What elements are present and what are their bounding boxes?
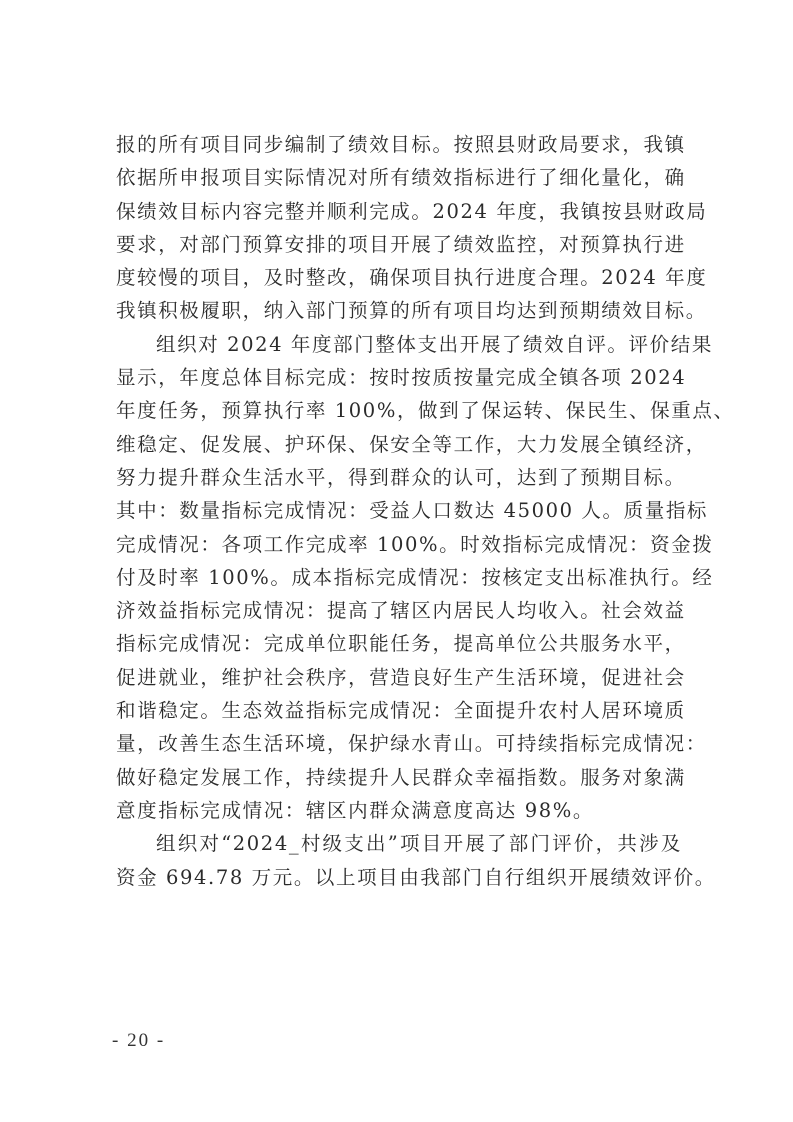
text-line: 年度任务，预算执行率 100%，做到了保运转、保民生、保重点、 <box>116 394 682 427</box>
text-line: 指标完成情况：完成单位职能任务，提高单位公共服务水平， <box>116 627 682 660</box>
text-line: 维稳定、促发展、护环保、保安全等工作，大力发展全镇经济， <box>116 428 682 461</box>
text-line: 意度指标完成情况：辖区内群众满意度高达 98%。 <box>116 794 682 827</box>
text-line: 其中：数量指标完成情况：受益人口数达 45000 人。质量指标 <box>116 494 682 527</box>
text-line-indented: 组织对 2024 年度部门整体支出开展了绩效自评。评价结果 <box>116 328 682 361</box>
page-number: - 20 - <box>112 1030 165 1052</box>
text-line-indented: 组织对“2024_村级支出”项目开展了部门评价，共涉及 <box>116 827 682 860</box>
text-line: 保绩效目标内容完整并顺利完成。2024 年度，我镇按县财政局 <box>116 195 682 228</box>
text-line: 和谐稳定。生态效益指标完成情况：全面提升农村人居环境质 <box>116 694 682 727</box>
text-line: 资金 694.78 万元。以上项目由我部门自行组织开展绩效评价。 <box>116 861 682 894</box>
text-line: 量，改善生态生活环境，保护绿水青山。可持续指标完成情况： <box>116 727 682 760</box>
text-line: 努力提升群众生活水平，得到群众的认可，达到了预期目标。 <box>116 461 682 494</box>
text-line: 促进就业，维护社会秩序，营造良好生产生活环境，促进社会 <box>116 661 682 694</box>
text-line: 济效益指标完成情况：提高了辖区内居民人均收入。社会效益 <box>116 594 682 627</box>
text-line: 依据所申报项目实际情况对所有绩效指标进行了细化量化，确 <box>116 161 682 194</box>
text-line: 显示，年度总体目标完成：按时按质按量完成全镇各项 2024 <box>116 361 682 394</box>
text-line: 要求，对部门预算安排的项目开展了绩效监控，对预算执行进 <box>116 228 682 261</box>
body-text: 报的所有项目同步编制了绩效目标。按照县财政局要求，我镇 依据所申报项目实际情况对… <box>116 128 682 894</box>
text-line: 完成情况：各项工作完成率 100%。时效指标完成情况：资金拨 <box>116 528 682 561</box>
text-line: 度较慢的项目，及时整改，确保项目执行进度合理。2024 年度 <box>116 261 682 294</box>
text-line: 报的所有项目同步编制了绩效目标。按照县财政局要求，我镇 <box>116 128 682 161</box>
text-line: 做好稳定发展工作，持续提升人民群众幸福指数。服务对象满 <box>116 761 682 794</box>
document-page: 报的所有项目同步编制了绩效目标。按照县财政局要求，我镇 依据所申报项目实际情况对… <box>0 0 793 1122</box>
text-line: 付及时率 100%。成本指标完成情况：按核定支出标准执行。经 <box>116 561 682 594</box>
text-line: 我镇积极履职，纳入部门预算的所有项目均达到预期绩效目标。 <box>116 294 682 327</box>
